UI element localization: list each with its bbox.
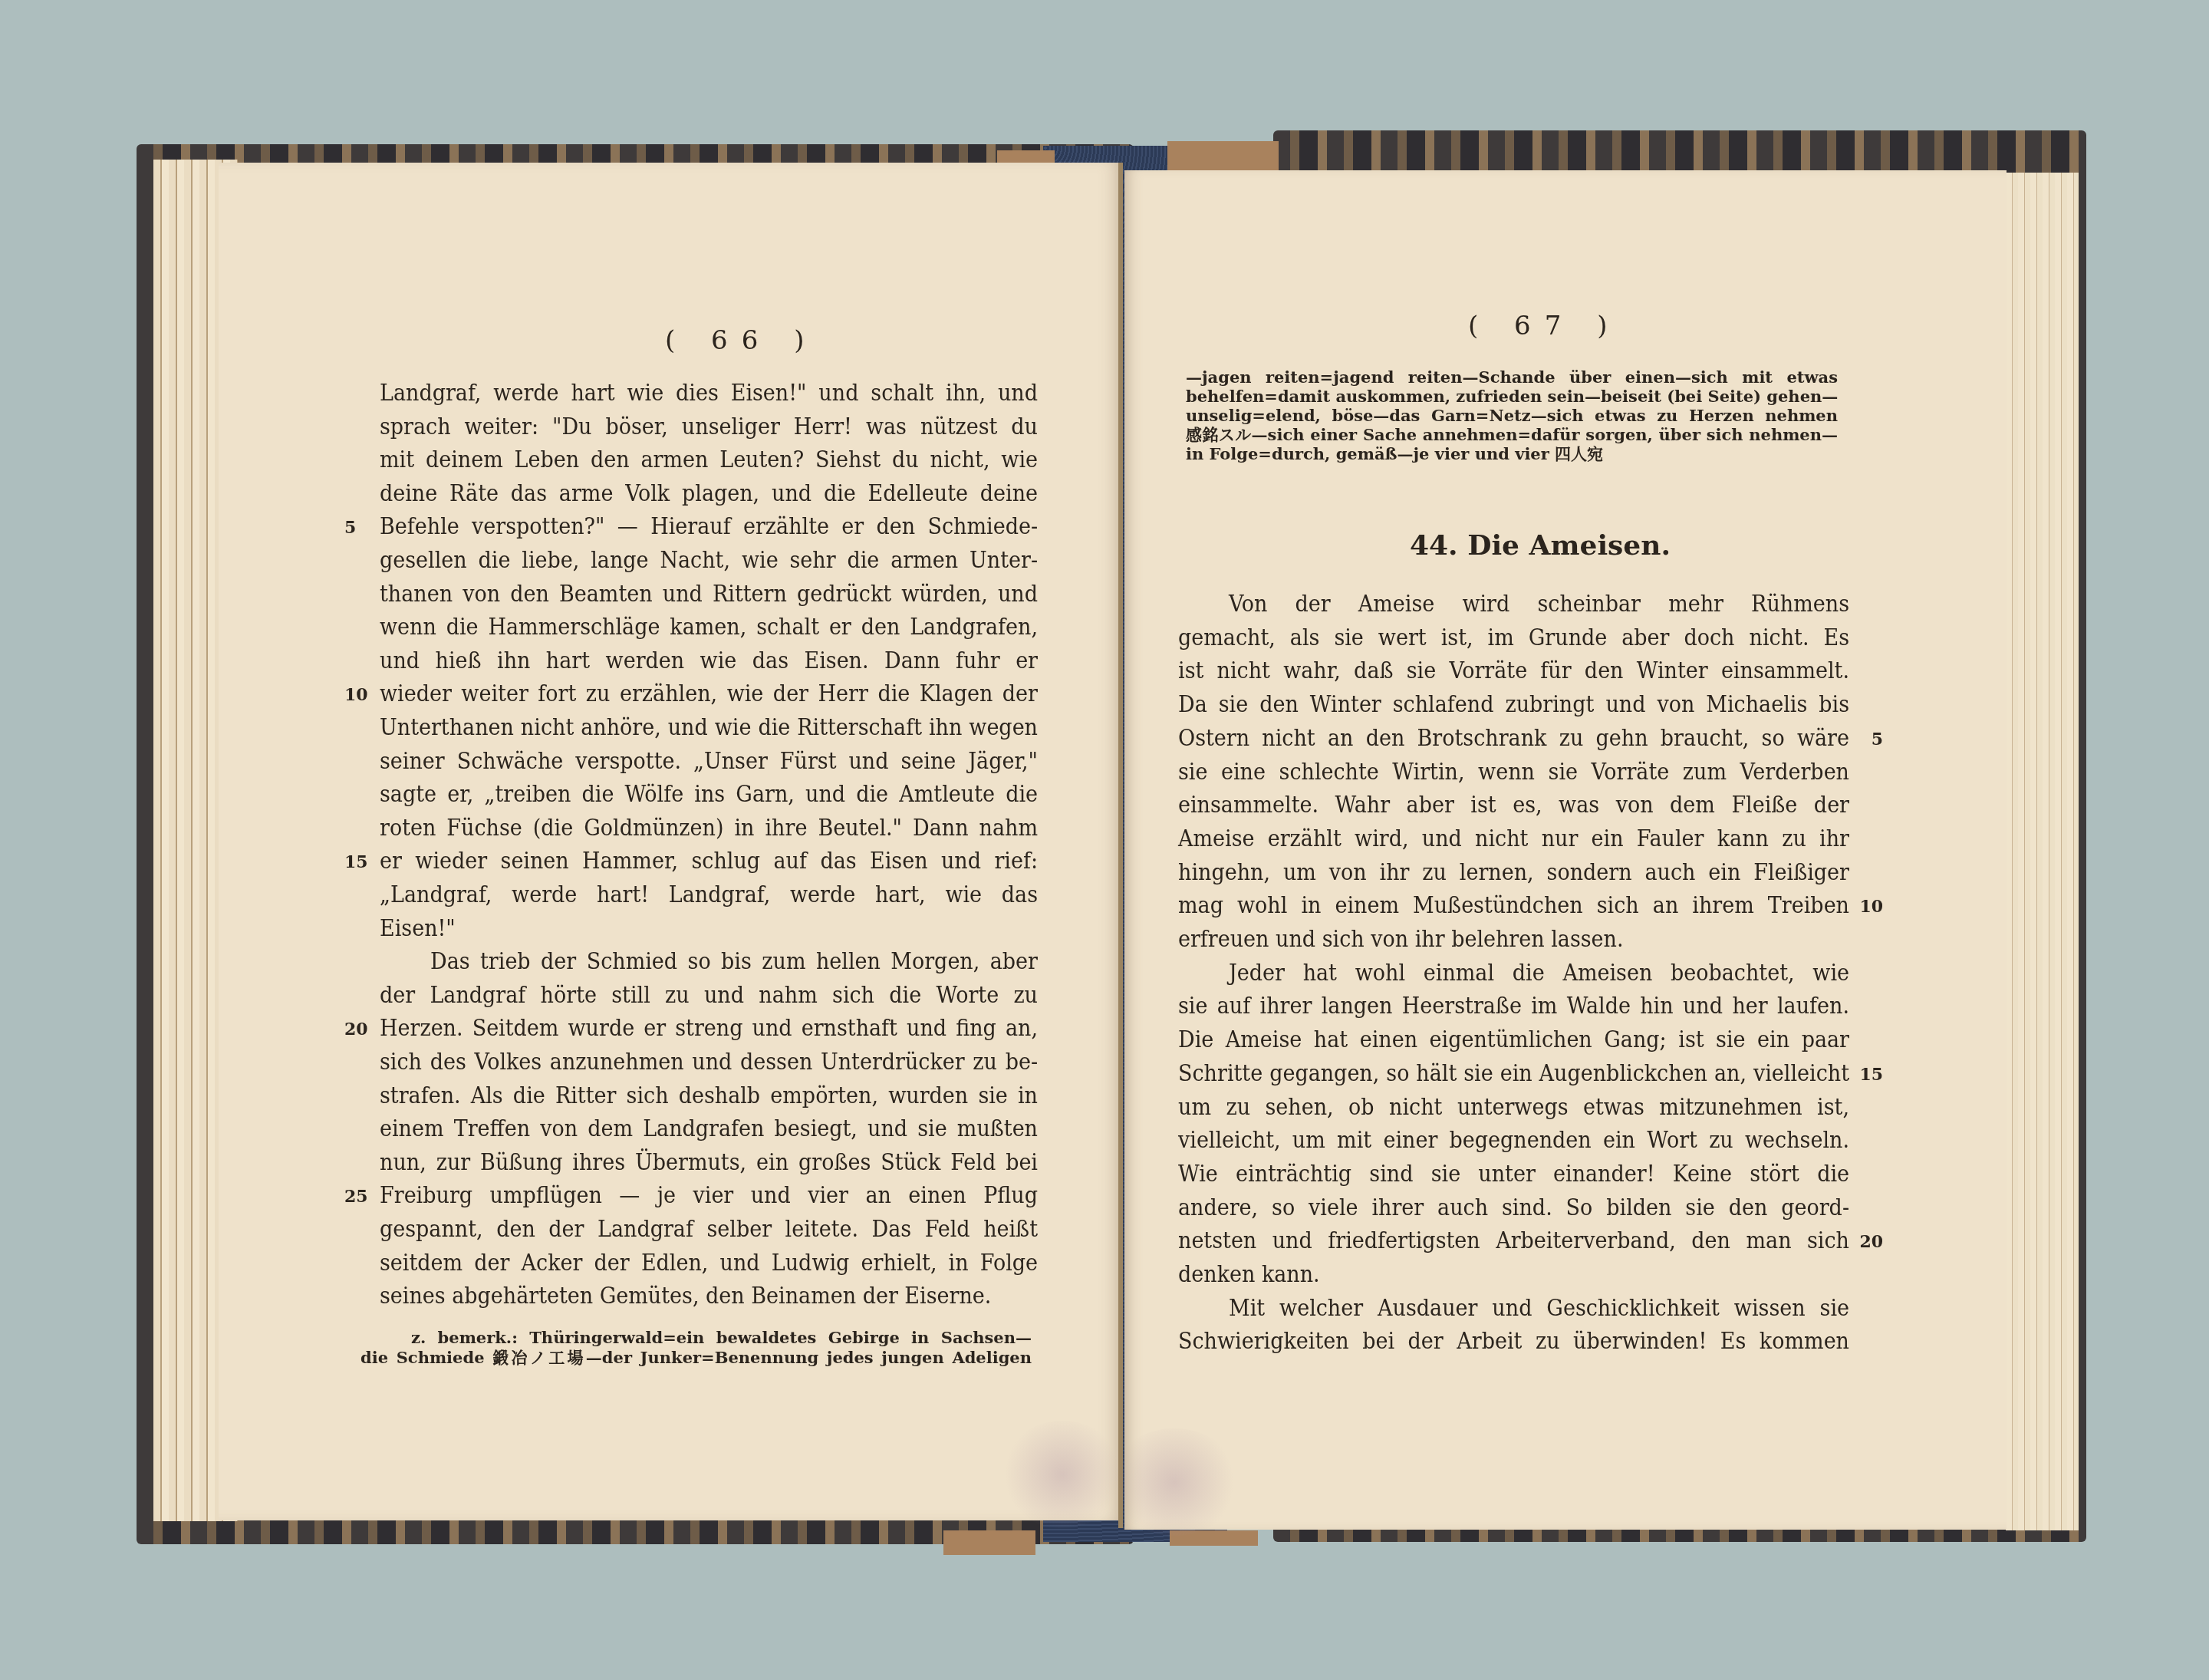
text-line: sie auf ihrer langen Heerstraße im Walde… — [1178, 993, 1849, 1020]
text-line: sprach weiter: "Du böser, unseliger Herr… — [380, 413, 1038, 441]
text-line: sagte er, „treiben die Wölfe ins Garn, u… — [380, 781, 1038, 809]
text-line: thanen von den Beamten und Rittern gedrü… — [380, 581, 1038, 608]
endpaper-edge — [943, 1530, 1035, 1555]
text-line: einsammelte. Wahr aber ist es, was von d… — [1178, 792, 1849, 819]
line-number: 20 — [344, 1020, 368, 1039]
left-page: ( 66 ) Landgraf, werde hart wie dies Eis… — [219, 163, 1122, 1520]
text-line: er wieder seinen Hammer, schlug auf das … — [380, 848, 1038, 875]
text-line: gespannt, den der Landgraf selber leitet… — [380, 1216, 1038, 1244]
text-line: sich des Volkes anzunehmen und dessen Un… — [380, 1049, 1038, 1076]
text-line: Wie einträchtig sind sie unter einander!… — [1178, 1161, 1849, 1188]
paper-stain — [1109, 1428, 1239, 1536]
text-line: einem Treffen von dem Landgrafen besiegt… — [380, 1115, 1038, 1143]
line-number: 15 — [344, 852, 368, 872]
line-number: 25 — [344, 1187, 368, 1207]
line-number: 10 — [344, 685, 368, 705]
text-line: Die Ameise hat einen eigentümlichen Gang… — [1178, 1026, 1849, 1054]
text-line: Schritte gegangen, so hält sie ein Augen… — [1178, 1060, 1849, 1088]
text-line: Eisen!" — [380, 915, 1038, 943]
line-number: 5 — [344, 518, 356, 538]
text-line: Schwierigkeiten bei der Arbeit zu überwi… — [1178, 1328, 1849, 1356]
page-number: ( 67 ) — [1468, 311, 1621, 341]
text-line: seines abgehärteten Gemütes, den Beiname… — [380, 1283, 1038, 1310]
text-line: und hieß ihn hart werden wie das Eisen. … — [380, 647, 1038, 675]
text-line: wieder weiter fort zu erzählen, wie der … — [380, 680, 1038, 708]
text-line: andere, so viele ihrer auch sind. So bil… — [1178, 1194, 1849, 1222]
text-line: Befehle verspotten?" — Hierauf erzählte … — [380, 513, 1038, 541]
text-line: Von der Ameise wird scheinbar mehr Rühme… — [1178, 591, 1849, 618]
text-line: gemacht, als sie wert ist, im Grunde abe… — [1178, 624, 1849, 652]
text-line: denken kann. — [1178, 1261, 1849, 1289]
text-line: netsten und friedfertigsten Arbeiterverb… — [1178, 1227, 1849, 1255]
text-line: roten Füchse (die Goldmünzen) in ihre Be… — [380, 815, 1038, 842]
footnote-line: in Folge=durch, gemäß—je vier und vier 四… — [1186, 445, 1838, 463]
text-line: Herzen. Seitdem wurde er streng und erns… — [380, 1015, 1038, 1043]
text-line: Das trieb der Schmied so bis zum hellen … — [380, 948, 1038, 976]
endpaper-edge — [1167, 141, 1279, 170]
text-line: Landgraf, werde hart wie dies Eisen!" un… — [380, 380, 1038, 407]
text-line: strafen. Als die Ritter sich deshalb emp… — [380, 1082, 1038, 1110]
paper-stain — [1001, 1421, 1124, 1528]
page-number: ( 66 ) — [665, 325, 818, 356]
line-number: 15 — [1859, 1065, 1883, 1085]
text-line: Ostern nicht an den Brotschrank zu gehn … — [1178, 725, 1849, 753]
text-line: Mit welcher Ausdauer und Geschicklichkei… — [1178, 1295, 1849, 1323]
text-line: wenn die Hammerschläge kamen, schalt er … — [380, 614, 1038, 641]
line-number: 5 — [1872, 730, 1883, 749]
text-line: Ameise erzählt wird, und nicht nur ein F… — [1178, 825, 1849, 853]
text-line: vielleicht, um mit einer begegnenden ein… — [1178, 1127, 1849, 1155]
text-line: Jeder hat wohl einmal die Ameisen beobac… — [1178, 960, 1849, 987]
footnote-line: unselig=elend, böse—das Garn=Netz—sich e… — [1186, 407, 1838, 425]
text-line: „Landgraf, werde hart! Landgraf, werde h… — [380, 881, 1038, 909]
text-line: sie eine schlechte Wirtin, wenn sie Vorr… — [1178, 759, 1849, 786]
text-line: deine Räte das arme Volk plagen, und die… — [380, 480, 1038, 508]
text-line: gesellen die liebe, lange Nacht, wie seh… — [380, 547, 1038, 575]
line-number: 20 — [1859, 1232, 1883, 1252]
footnote-line: die Schmiede 鍛冶ノ工場—der Junker=Benennung … — [360, 1349, 1032, 1367]
text-line: seiner Schwäche verspotte. „Unser Fürst … — [380, 748, 1038, 776]
footnote-line: —jagen reiten=jagend reiten—Schande über… — [1186, 368, 1838, 387]
text-line: Freiburg umpflügen — je vier und vier an… — [380, 1182, 1038, 1210]
text-line: seitdem der Acker der Edlen, und Ludwig … — [380, 1250, 1038, 1277]
text-line: erfreuen und sich von ihr belehren lasse… — [1178, 926, 1849, 954]
text-line: hingehn, um von ihr zu lernen, sondern a… — [1178, 859, 1849, 887]
text-line: mag wohl in einem Mußestündchen sich an … — [1178, 892, 1849, 920]
text-line: nun, zur Büßung ihres Übermuts, ein groß… — [380, 1149, 1038, 1177]
page-stack-right — [2006, 173, 2079, 1530]
footnote-line: z. bemerk.: Thüringerwald=ein bewaldetes… — [360, 1329, 1032, 1347]
line-number: 10 — [1859, 897, 1883, 917]
footnote-line: 感銘スル—sich einer Sache annehmen=dafür sor… — [1186, 426, 1838, 444]
gutter — [1118, 163, 1123, 1528]
text-line: Unterthanen nicht anhöre, und wie die Ri… — [380, 714, 1038, 742]
text-line: ist nicht wahr, daß sie Vorräte für den … — [1178, 657, 1849, 685]
footnote-line: behelfen=damit auskommen, zufrieden sein… — [1186, 387, 1838, 406]
text-line: mit deinem Leben den armen Leuten? Siehs… — [380, 446, 1038, 474]
right-page: ( 67 ) —jagen reiten=jagend reiten—Schan… — [1124, 170, 2007, 1530]
text-line: Da sie den Winter schlafend zubringt und… — [1178, 691, 1849, 719]
section-heading: 44. Die Ameisen. — [1410, 529, 1671, 562]
text-line: um zu sehen, ob nicht unterwegs etwas mi… — [1178, 1094, 1849, 1122]
text-line: der Landgraf hörte still zu und nahm sic… — [380, 982, 1038, 1010]
